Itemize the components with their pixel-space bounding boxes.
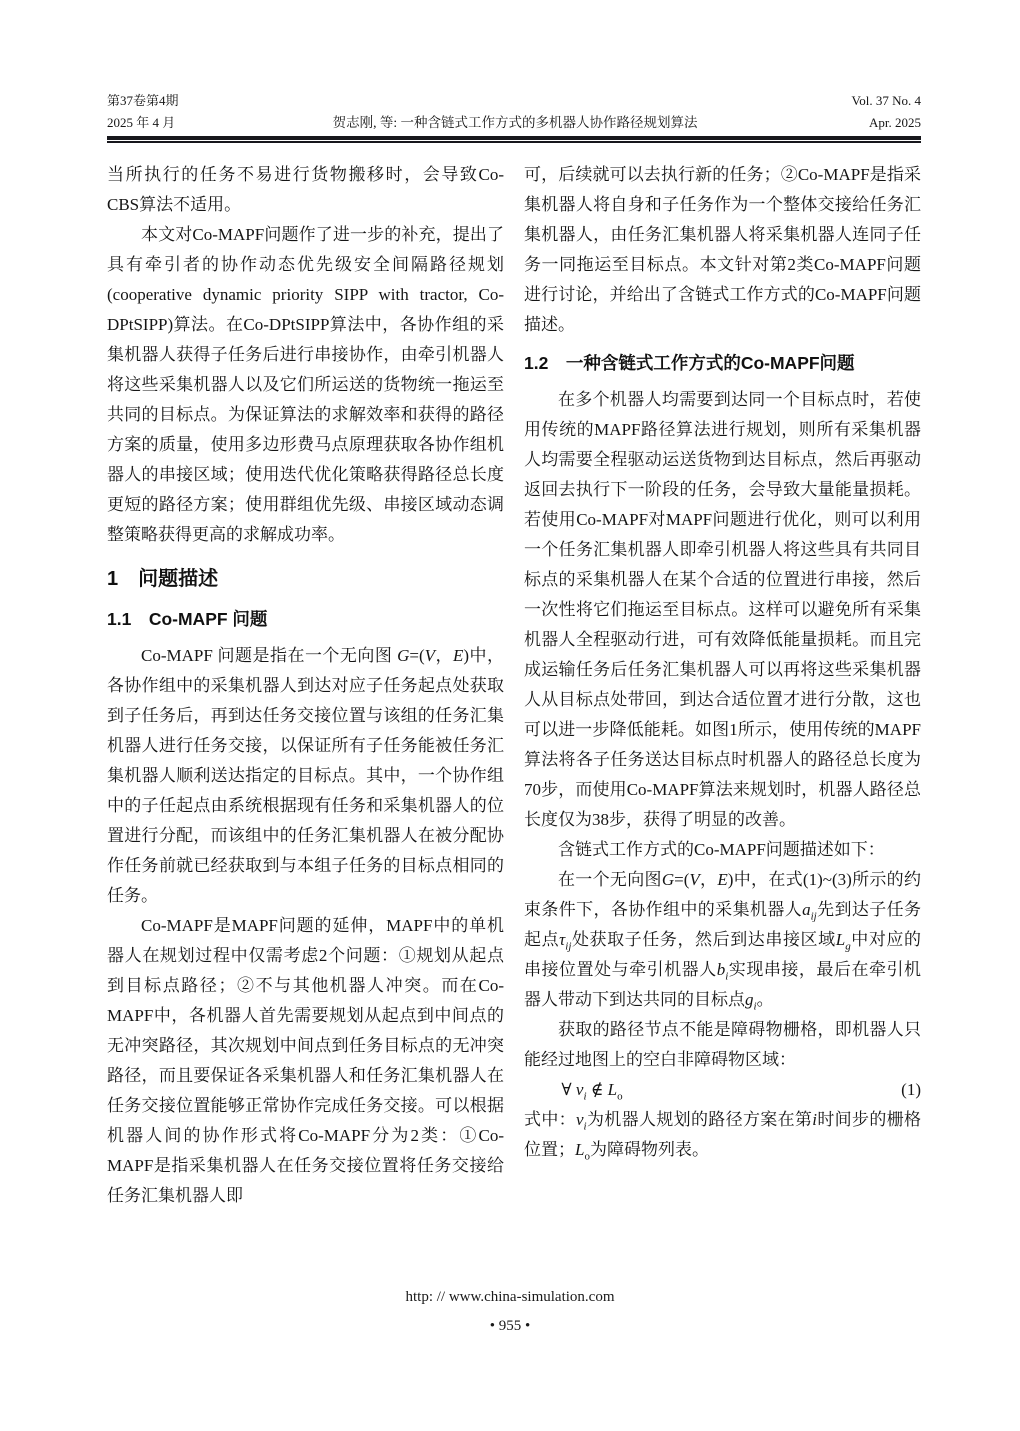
paragraph: 当所执行的任务不易进行货物搬移时，会导致Co-CBS算法不适用。 [107,160,504,220]
running-title: 贺志刚, 等: 一种含链式工作方式的多机器人协作路径规划算法 [179,112,852,134]
page-header: 第37卷第4期 2025 年 4 月 贺志刚, 等: 一种含链式工作方式的多机器… [107,90,921,134]
header-rule-thin-line [107,141,921,143]
paragraph: 可，后续就可以去执行新的任务；②Co-MAPF是指采集机器人将自身和子任务作为一… [524,160,921,340]
paragraph: Co-MAPF是MAPF问题的延伸，MAPF中的单机器人在规划过程中仅需考虑2个… [107,911,504,1211]
equation: ∀ vi ∉ Lo(1) [524,1075,921,1105]
date-en: Apr. 2025 [852,112,921,134]
volume-issue-en: Vol. 37 No. 4 [852,90,921,112]
section-heading: 1 问题描述 [107,565,504,593]
date-cn: 2025 年 4 月 [107,112,179,134]
equation-number: (1) [901,1075,921,1105]
page-footer: http: // www.china-simulation.com • 955 … [0,1287,1020,1336]
equation-body: ∀ vi ∉ Lo [524,1075,901,1105]
volume-issue-block-cn: 第37卷第4期 2025 年 4 月 [107,90,179,134]
paragraph: 获取的路径节点不能是障碍物栅格，即机器人只能经过地图上的空白非障碍物区域： [524,1015,921,1075]
paragraph: 在一个无向图G=(V，E)中，在式(1)~(3)所示的约束条件下，各协作组中的采… [524,865,921,1015]
header-rule [107,136,921,143]
column-left: 当所执行的任务不易进行货物搬移时，会导致Co-CBS算法不适用。本文对Co-MA… [107,160,504,1211]
column-right: 可，后续就可以去执行新的任务；②Co-MAPF是指采集机器人将自身和子任务作为一… [524,160,921,1211]
section-heading: 1.2 一种含链式工作方式的Co-MAPF问题 [524,350,921,376]
paragraph: 本文对Co-MAPF问题作了进一步的补充，提出了具有牵引者的协作动态优先级安全间… [107,220,504,550]
section-heading: 1.1 Co-MAPF 问题 [107,606,504,632]
header-rule-thick-line [107,136,921,140]
two-column-body: 当所执行的任务不易进行货物搬移时，会导致Co-CBS算法不适用。本文对Co-MA… [107,160,921,1211]
paper-page: 第37卷第4期 2025 年 4 月 贺志刚, 等: 一种含链式工作方式的多机器… [0,0,1020,1431]
paragraph: 在多个机器人均需要到达同一个目标点时，若使用传统的MAPF路径算法进行规划，则所… [524,385,921,835]
paragraph: 式中：vi为机器人规划的路径方案在第i时间步的栅格位置；Lo为障碍物列表。 [524,1105,921,1165]
paragraph: Co-MAPF 问题是指在一个无向图 G=(V，E)中，各协作组中的采集机器人到… [107,641,504,911]
journal-url: http: // www.china-simulation.com [0,1287,1020,1307]
paragraph: 含链式工作方式的Co-MAPF问题描述如下： [524,835,921,865]
volume-issue-block-en: Vol. 37 No. 4 Apr. 2025 [852,90,921,134]
page-number: • 955 • [0,1316,1020,1336]
volume-issue-cn: 第37卷第4期 [107,90,179,112]
